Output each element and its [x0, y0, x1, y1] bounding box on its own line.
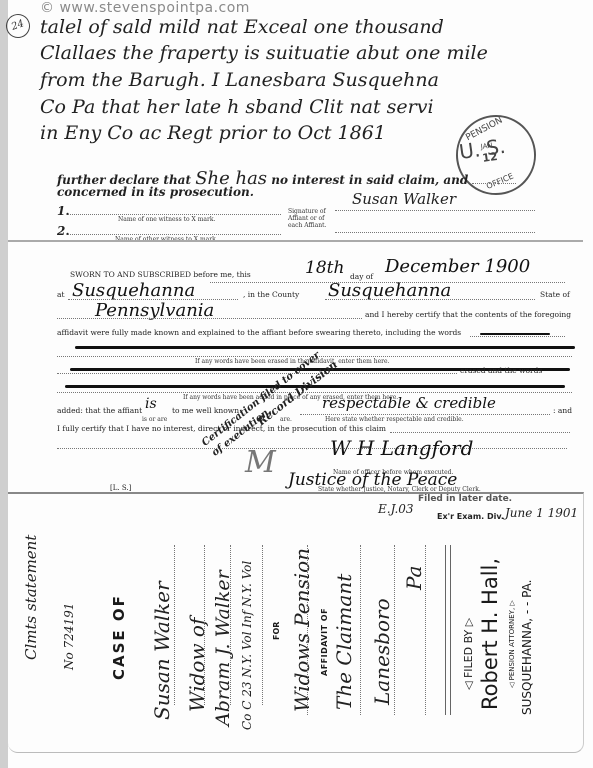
affiant-state: Pa: [402, 566, 426, 590]
state-of-label: State of: [540, 290, 570, 299]
in-county-label: , in the County: [243, 290, 299, 299]
erased-and-words: erased and the words: [460, 366, 542, 375]
attorney-title: ◁ PENSION ATTORNEY, ▷: [508, 600, 516, 688]
is-or-are-label: is or are: [142, 416, 167, 423]
for-label: FOR: [272, 622, 281, 640]
attorney-city: SUSQUEHANNA, - - PA.: [520, 580, 534, 715]
declaration-middle: no interest in said claim, and: [271, 173, 468, 187]
seal-mark: [L. S.]: [110, 484, 131, 492]
divider-rule: [445, 545, 451, 715]
watermark: © www.stevenspointpa.com: [40, 0, 250, 16]
filing-date-code: E.J.03: [378, 502, 414, 516]
are-label: are.: [280, 416, 292, 423]
number-label: No: [62, 652, 76, 670]
sworn-text: SWORN TO AND SUBSCRIBED before me, this: [70, 270, 251, 279]
sworn-place: Susquehanna: [72, 280, 195, 301]
sworn-day: 18th: [305, 258, 344, 278]
and-label: : and: [553, 406, 572, 415]
added-prefix: added: that the affiant: [57, 406, 142, 415]
respectable-credible: respectable & credible: [322, 394, 496, 412]
affiant-place: Lanesboro: [370, 598, 394, 705]
erased-label: If any words have been erased in the aff…: [195, 358, 390, 365]
filed-later-date: Filed in later date.: [418, 494, 512, 504]
affiant-signature: Susan Walker: [352, 190, 456, 208]
affiant-name: The Claimant: [332, 574, 356, 710]
officer-signature: W H Langford: [330, 436, 473, 460]
here-state-label: Here state whether respectable and credi…: [325, 416, 464, 423]
pension-type: Widows Pension: [290, 548, 314, 712]
pencil-mark: M: [245, 445, 276, 480]
claim-number: No 724191: [62, 603, 76, 670]
examiner-date: June 1 1901: [505, 506, 578, 520]
claimant-name: Susan Walker: [150, 581, 174, 720]
sworn-county: Susquehanna: [328, 280, 451, 301]
affidavit-of-label: AFFIDAVIT OF: [320, 608, 329, 676]
witness-1-number: 1.: [57, 204, 70, 218]
handwritten-line-3: from the Barugh. I Lanesbara Susquehna: [40, 69, 439, 91]
military-unit: Co C 23 N.Y. Vol Inf N.Y. Vol: [240, 561, 254, 730]
claimant-statement-title: Clmts statement: [22, 535, 40, 660]
certify-text: and I hereby certify that the contents o…: [365, 310, 571, 319]
handwritten-line-5: in Eny Co ac Regt prior to Oct 1861: [40, 122, 386, 144]
handwritten-line-2: Clallaes the fraperty is suituatie abut …: [40, 42, 488, 64]
handwritten-line-4: Co Pa that her late h sband Clit nat ser…: [40, 96, 434, 118]
at-label: at: [57, 290, 65, 299]
sworn-month-year: December 1900: [385, 256, 530, 277]
scan-edge: [0, 0, 8, 768]
affidavit-text: affidavit were fully made known and expl…: [57, 328, 461, 337]
postmark-letters: U. S.: [458, 134, 507, 164]
filed-by-label: ◁ FILED BY ▷: [462, 618, 475, 690]
number-value: 724191: [62, 603, 76, 649]
declaration-line-2: concerned in its prosecution.: [57, 185, 254, 199]
widow-of: Widow of: [185, 618, 209, 712]
to-me-well-known: to me well known: [172, 406, 239, 415]
handwritten-line-1: talel of sald mild nat Exceal one thousa…: [40, 16, 444, 38]
case-of-label: CASE OF: [110, 594, 128, 680]
document-page: © www.stevenspointpa.com 24 talel of sal…: [0, 0, 593, 768]
attorney-name: Robert H. Hall,: [478, 558, 502, 710]
affiant-is: is: [145, 396, 157, 412]
witness-1-label: Name of one witness to X mark.: [118, 216, 215, 223]
signature-label: Signature of Affiant or of each Affiant.: [288, 208, 328, 229]
examiner-label: Ex'r Exam. Div.: [437, 512, 504, 521]
witness-2-number: 2.: [57, 224, 70, 238]
